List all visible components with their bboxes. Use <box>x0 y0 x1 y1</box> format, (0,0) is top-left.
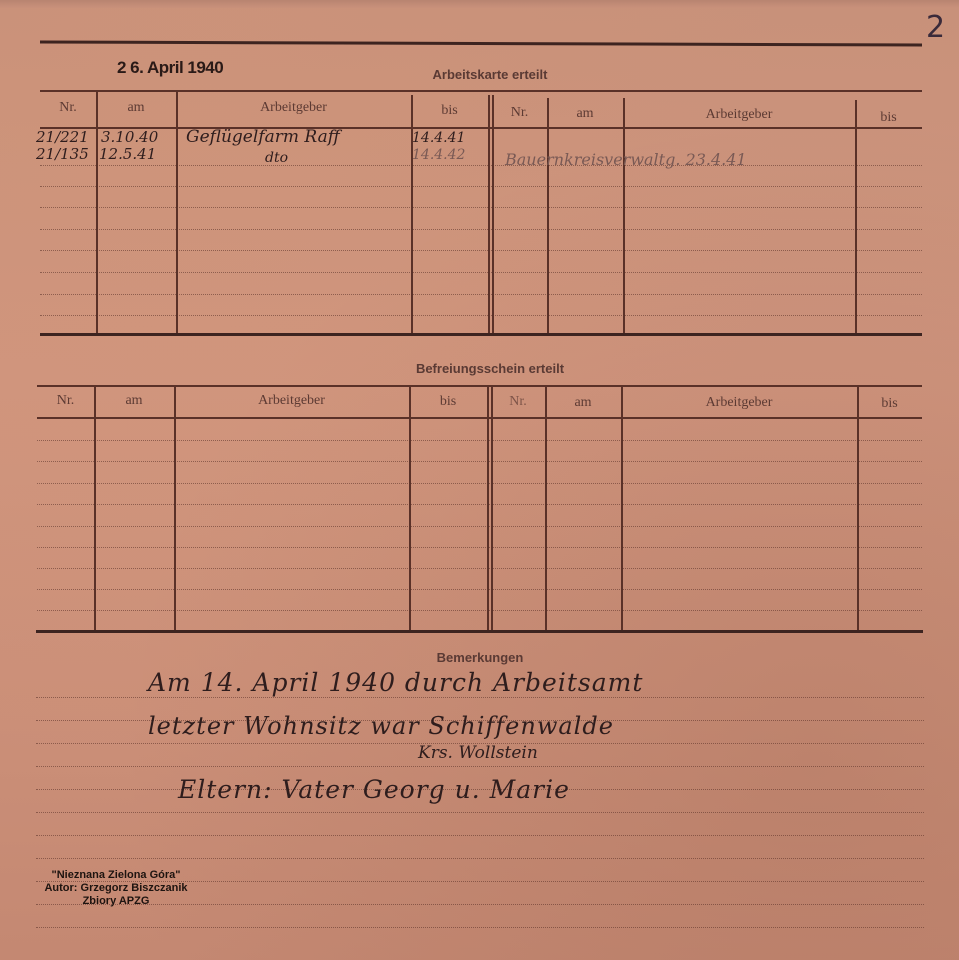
paper-edge <box>0 0 959 8</box>
watermark-line: Autor: Grzegorz Biszczanik <box>26 882 206 895</box>
col-header-am: am <box>94 393 174 409</box>
col-header-nr-2: Nr. <box>491 394 545 410</box>
col-divider <box>176 90 178 333</box>
cell-right-entry: Bauernkreisverwaltg. 23.4.41 <box>505 150 747 169</box>
remark-line: Krs. Wollstein <box>418 743 538 763</box>
ruled-line <box>36 697 924 698</box>
table-bottom-rule <box>40 333 922 336</box>
table-rule <box>40 127 922 129</box>
col-divider <box>623 98 625 333</box>
col-header-arbeitgeber: Arbeitgeber <box>176 100 411 116</box>
ruled-line <box>36 858 924 859</box>
col-divider <box>621 385 623 630</box>
col-header-bis-2: bis <box>855 110 922 126</box>
watermark-line: "Nieznana Zielona Góra" <box>26 869 206 882</box>
cell-arbeitgeber: dto <box>265 150 288 166</box>
date-stamp: 2 6. April 1940 <box>117 58 223 78</box>
ruled-line <box>37 483 922 484</box>
top-rule <box>40 40 922 46</box>
ruled-line <box>37 440 922 441</box>
cell-am: 3.10.40 <box>101 128 158 146</box>
cell-am: 12.5.41 <box>99 145 156 163</box>
ruled-line <box>40 186 922 187</box>
section-title-bemerkungen: Bemerkungen <box>380 650 580 665</box>
ruled-line <box>37 547 922 548</box>
table-bottom-rule <box>36 630 923 633</box>
ruled-line <box>40 315 922 316</box>
remark-line: letzter Wohnsitz war Schiffenwalde <box>148 712 614 740</box>
document-card: 2 2 6. April 1940 Arbeitskarte erteilt N… <box>0 0 959 960</box>
col-divider <box>492 95 494 333</box>
col-header-bis: bis <box>411 103 488 119</box>
col-divider <box>855 100 857 333</box>
watermark-credit: "Nieznana Zielona Góra" Autor: Grzegorz … <box>26 869 206 908</box>
ruled-line <box>37 568 922 569</box>
ruled-line <box>40 207 922 208</box>
ruled-line <box>37 526 922 527</box>
col-header-bis-2: bis <box>857 396 922 412</box>
ruled-line <box>37 589 922 590</box>
col-divider <box>857 385 859 630</box>
section-title-befreiungsschein: Befreiungsschein erteilt <box>340 361 640 376</box>
col-divider <box>94 385 96 630</box>
col-header-nr: Nr. <box>37 393 94 409</box>
remark-line: Eltern: Vater Georg u. Marie <box>178 775 570 804</box>
ruled-line <box>40 229 922 230</box>
col-header-am-2: am <box>545 395 621 411</box>
col-divider <box>409 385 411 630</box>
cell-nr: 21/135 <box>36 145 89 163</box>
cell-nr: 21/221 <box>36 128 89 146</box>
ruled-line <box>37 610 922 611</box>
ruled-line <box>40 294 922 295</box>
ruled-line <box>37 461 922 462</box>
remark-line: Am 14. April 1940 durch Arbeitsamt <box>148 668 643 697</box>
ruled-line <box>40 165 922 166</box>
col-divider <box>174 385 176 630</box>
ruled-line <box>40 250 922 251</box>
col-divider <box>545 385 547 630</box>
col-header-nr: Nr. <box>40 100 96 116</box>
col-header-am: am <box>96 100 176 116</box>
cell-arbeitgeber: Geflügelfarm Raff <box>186 127 340 147</box>
table-rule <box>40 90 922 92</box>
ruled-line <box>36 927 924 928</box>
ruled-line <box>36 766 924 767</box>
col-divider <box>491 385 493 630</box>
ruled-line <box>40 272 922 273</box>
col-divider <box>96 90 98 333</box>
cell-bis: 14.4.42 <box>412 147 465 163</box>
ruled-line <box>36 835 924 836</box>
section-title-arbeitskarte: Arbeitskarte erteilt <box>340 67 640 82</box>
table-rule <box>37 417 922 419</box>
col-header-arbeitgeber: Arbeitgeber <box>174 393 409 409</box>
col-header-bis: bis <box>409 394 487 410</box>
col-divider <box>488 95 490 333</box>
ruled-line <box>37 504 922 505</box>
cell-bis: 14.4.41 <box>412 130 465 146</box>
col-divider <box>487 385 489 630</box>
col-divider <box>547 98 549 333</box>
col-header-arbeitgeber-2: Arbeitgeber <box>623 107 855 123</box>
table-rule <box>37 385 922 387</box>
ruled-line <box>36 812 924 813</box>
watermark-line: Zbiory APZG <box>26 895 206 908</box>
page-number: 2 <box>926 10 945 45</box>
col-header-nr-2: Nr. <box>492 105 547 121</box>
col-header-am-2: am <box>547 106 623 122</box>
col-header-arbeitgeber-2: Arbeitgeber <box>621 395 857 411</box>
